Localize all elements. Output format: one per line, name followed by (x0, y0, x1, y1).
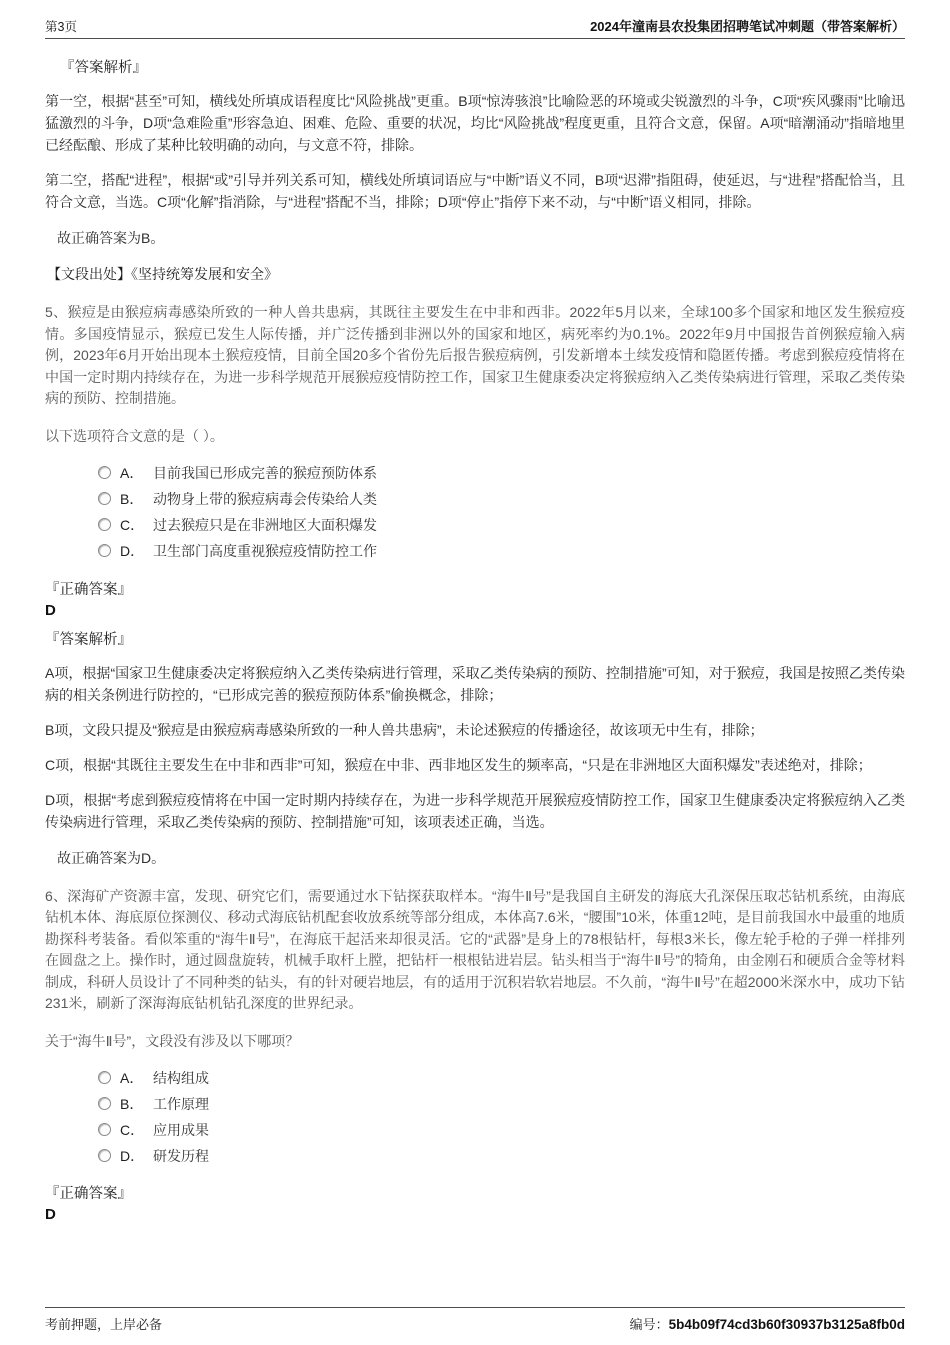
option-text: 目前我国已形成完善的猴痘预防体系 (153, 463, 377, 483)
footer-doc-code: 编号：5b4b09f74cd3b60f30937b3125a8fb0d (630, 1314, 905, 1333)
q4-analysis-label: 『答案解析』 (60, 56, 905, 77)
option-letter: D． (120, 1146, 153, 1166)
doc-code-value: 5b4b09f74cd3b60f30937b3125a8fb0d (669, 1317, 905, 1332)
q5-analysis-paragraph-d: D项，根据“考虑到猴痘疫情将在中国一定时期内持续存在，为进一步科学规范开展猴痘疫… (45, 789, 905, 833)
document-page: 第3页 2024年潼南县农投集团招聘笔试冲刺题（带答案解析） 『答案解析』 第一… (0, 0, 950, 1345)
question-5-prompt: 以下选项符合文意的是（ ）。 (45, 425, 905, 447)
doc-code-label: 编号： (630, 1317, 669, 1332)
q4-conclusion: 故正确答案为B。 (57, 227, 905, 249)
option-letter: A． (120, 1068, 153, 1088)
radio-icon[interactable] (98, 1149, 111, 1162)
question-6-stem: 6、深海矿产资源丰富，发现、研究它们，需要通过水下钻探获取样本。“海牛Ⅱ号”是我… (45, 886, 905, 1015)
option-text: 研发历程 (153, 1146, 209, 1166)
q6-answer-value: D (45, 1206, 905, 1223)
q5-option-d[interactable]: D． 卫生部门高度重视猴痘疫情防控工作 (45, 538, 905, 564)
question-5-options: A． 目前我国已形成完善的猴痘预防体系 B． 动物身上带的猴痘病毒会传染给人类 … (45, 460, 905, 564)
footer-slogan: 考前押题，上岸必备 (45, 1314, 162, 1333)
document-title: 2024年潼南县农投集团招聘笔试冲刺题（带答案解析） (590, 16, 905, 35)
q5-analysis-label: 『答案解析』 (45, 628, 905, 649)
radio-icon[interactable] (98, 544, 111, 557)
q5-option-b[interactable]: B． 动物身上带的猴痘病毒会传染给人类 (45, 486, 905, 512)
q6-option-c[interactable]: C． 应用成果 (45, 1117, 905, 1143)
option-text: 结构组成 (153, 1068, 209, 1088)
question-5-stem: 5、猴痘是由猴痘病毒感染所致的一种人兽共患病，其既往主要发生在中非和西非。202… (45, 302, 905, 410)
radio-icon[interactable] (98, 518, 111, 531)
option-text: 应用成果 (153, 1120, 209, 1140)
q5-option-c[interactable]: C． 过去猴痘只是在非洲地区大面积爆发 (45, 512, 905, 538)
option-letter: B． (120, 1094, 153, 1114)
option-letter: D． (120, 541, 153, 561)
option-letter: B． (120, 489, 153, 509)
option-text: 动物身上带的猴痘病毒会传染给人类 (153, 489, 377, 509)
q5-option-a[interactable]: A． 目前我国已形成完善的猴痘预防体系 (45, 460, 905, 486)
question-6-prompt: 关于“海牛Ⅱ号”，文段没有涉及以下哪项？ (45, 1030, 905, 1052)
radio-icon[interactable] (98, 1071, 111, 1084)
q4-source: 【文段出处】《坚持统筹发展和安全》 (47, 263, 905, 285)
q5-analysis-paragraph-a: A项，根据“国家卫生健康委决定将猴痘纳入乙类传染病进行管理，采取乙类传染病的预防… (45, 662, 905, 706)
q5-answer-label: 『正确答案』 (45, 578, 905, 599)
q6-option-a[interactable]: A． 结构组成 (45, 1065, 905, 1091)
radio-icon[interactable] (98, 492, 111, 505)
q5-conclusion: 故正确答案为D。 (57, 847, 905, 869)
page-number: 第3页 (45, 17, 77, 35)
q4-analysis-paragraph-1: 第一空，根据“甚至”可知，横线处所填成语程度比“风险挑战”更重。B项“惊涛骇浪”… (45, 90, 905, 156)
q4-analysis-paragraph-2: 第二空，搭配“进程”，根据“或”引导并列关系可知，横线处所填词语应与“中断”语义… (45, 169, 905, 213)
option-text: 卫生部门高度重视猴痘疫情防控工作 (153, 541, 377, 561)
page-header: 第3页 2024年潼南县农投集团招聘笔试冲刺题（带答案解析） (45, 16, 905, 39)
q5-analysis-paragraph-b: B项，文段只提及“猴痘是由猴痘病毒感染所致的一种人兽共患病”，未论述猴痘的传播途… (45, 719, 905, 741)
option-text: 过去猴痘只是在非洲地区大面积爆发 (153, 515, 377, 535)
option-text: 工作原理 (153, 1094, 209, 1114)
radio-icon[interactable] (98, 1097, 111, 1110)
q5-answer-value: D (45, 602, 905, 619)
question-6-options: A． 结构组成 B． 工作原理 C． 应用成果 D． 研发历程 (45, 1065, 905, 1169)
q6-answer-label: 『正确答案』 (45, 1182, 905, 1203)
q6-option-d[interactable]: D． 研发历程 (45, 1143, 905, 1169)
option-letter: C． (120, 515, 153, 535)
radio-icon[interactable] (98, 1123, 111, 1136)
option-letter: A． (120, 463, 153, 483)
radio-icon[interactable] (98, 466, 111, 479)
q5-analysis-paragraph-c: C项，根据“其既往主要发生在中非和西非”可知，猴痘在中非、西非地区发生的频率高，… (45, 754, 905, 776)
q6-option-b[interactable]: B． 工作原理 (45, 1091, 905, 1117)
page-footer: 考前押题，上岸必备 编号：5b4b09f74cd3b60f30937b3125a… (45, 1307, 905, 1333)
option-letter: C． (120, 1120, 153, 1140)
